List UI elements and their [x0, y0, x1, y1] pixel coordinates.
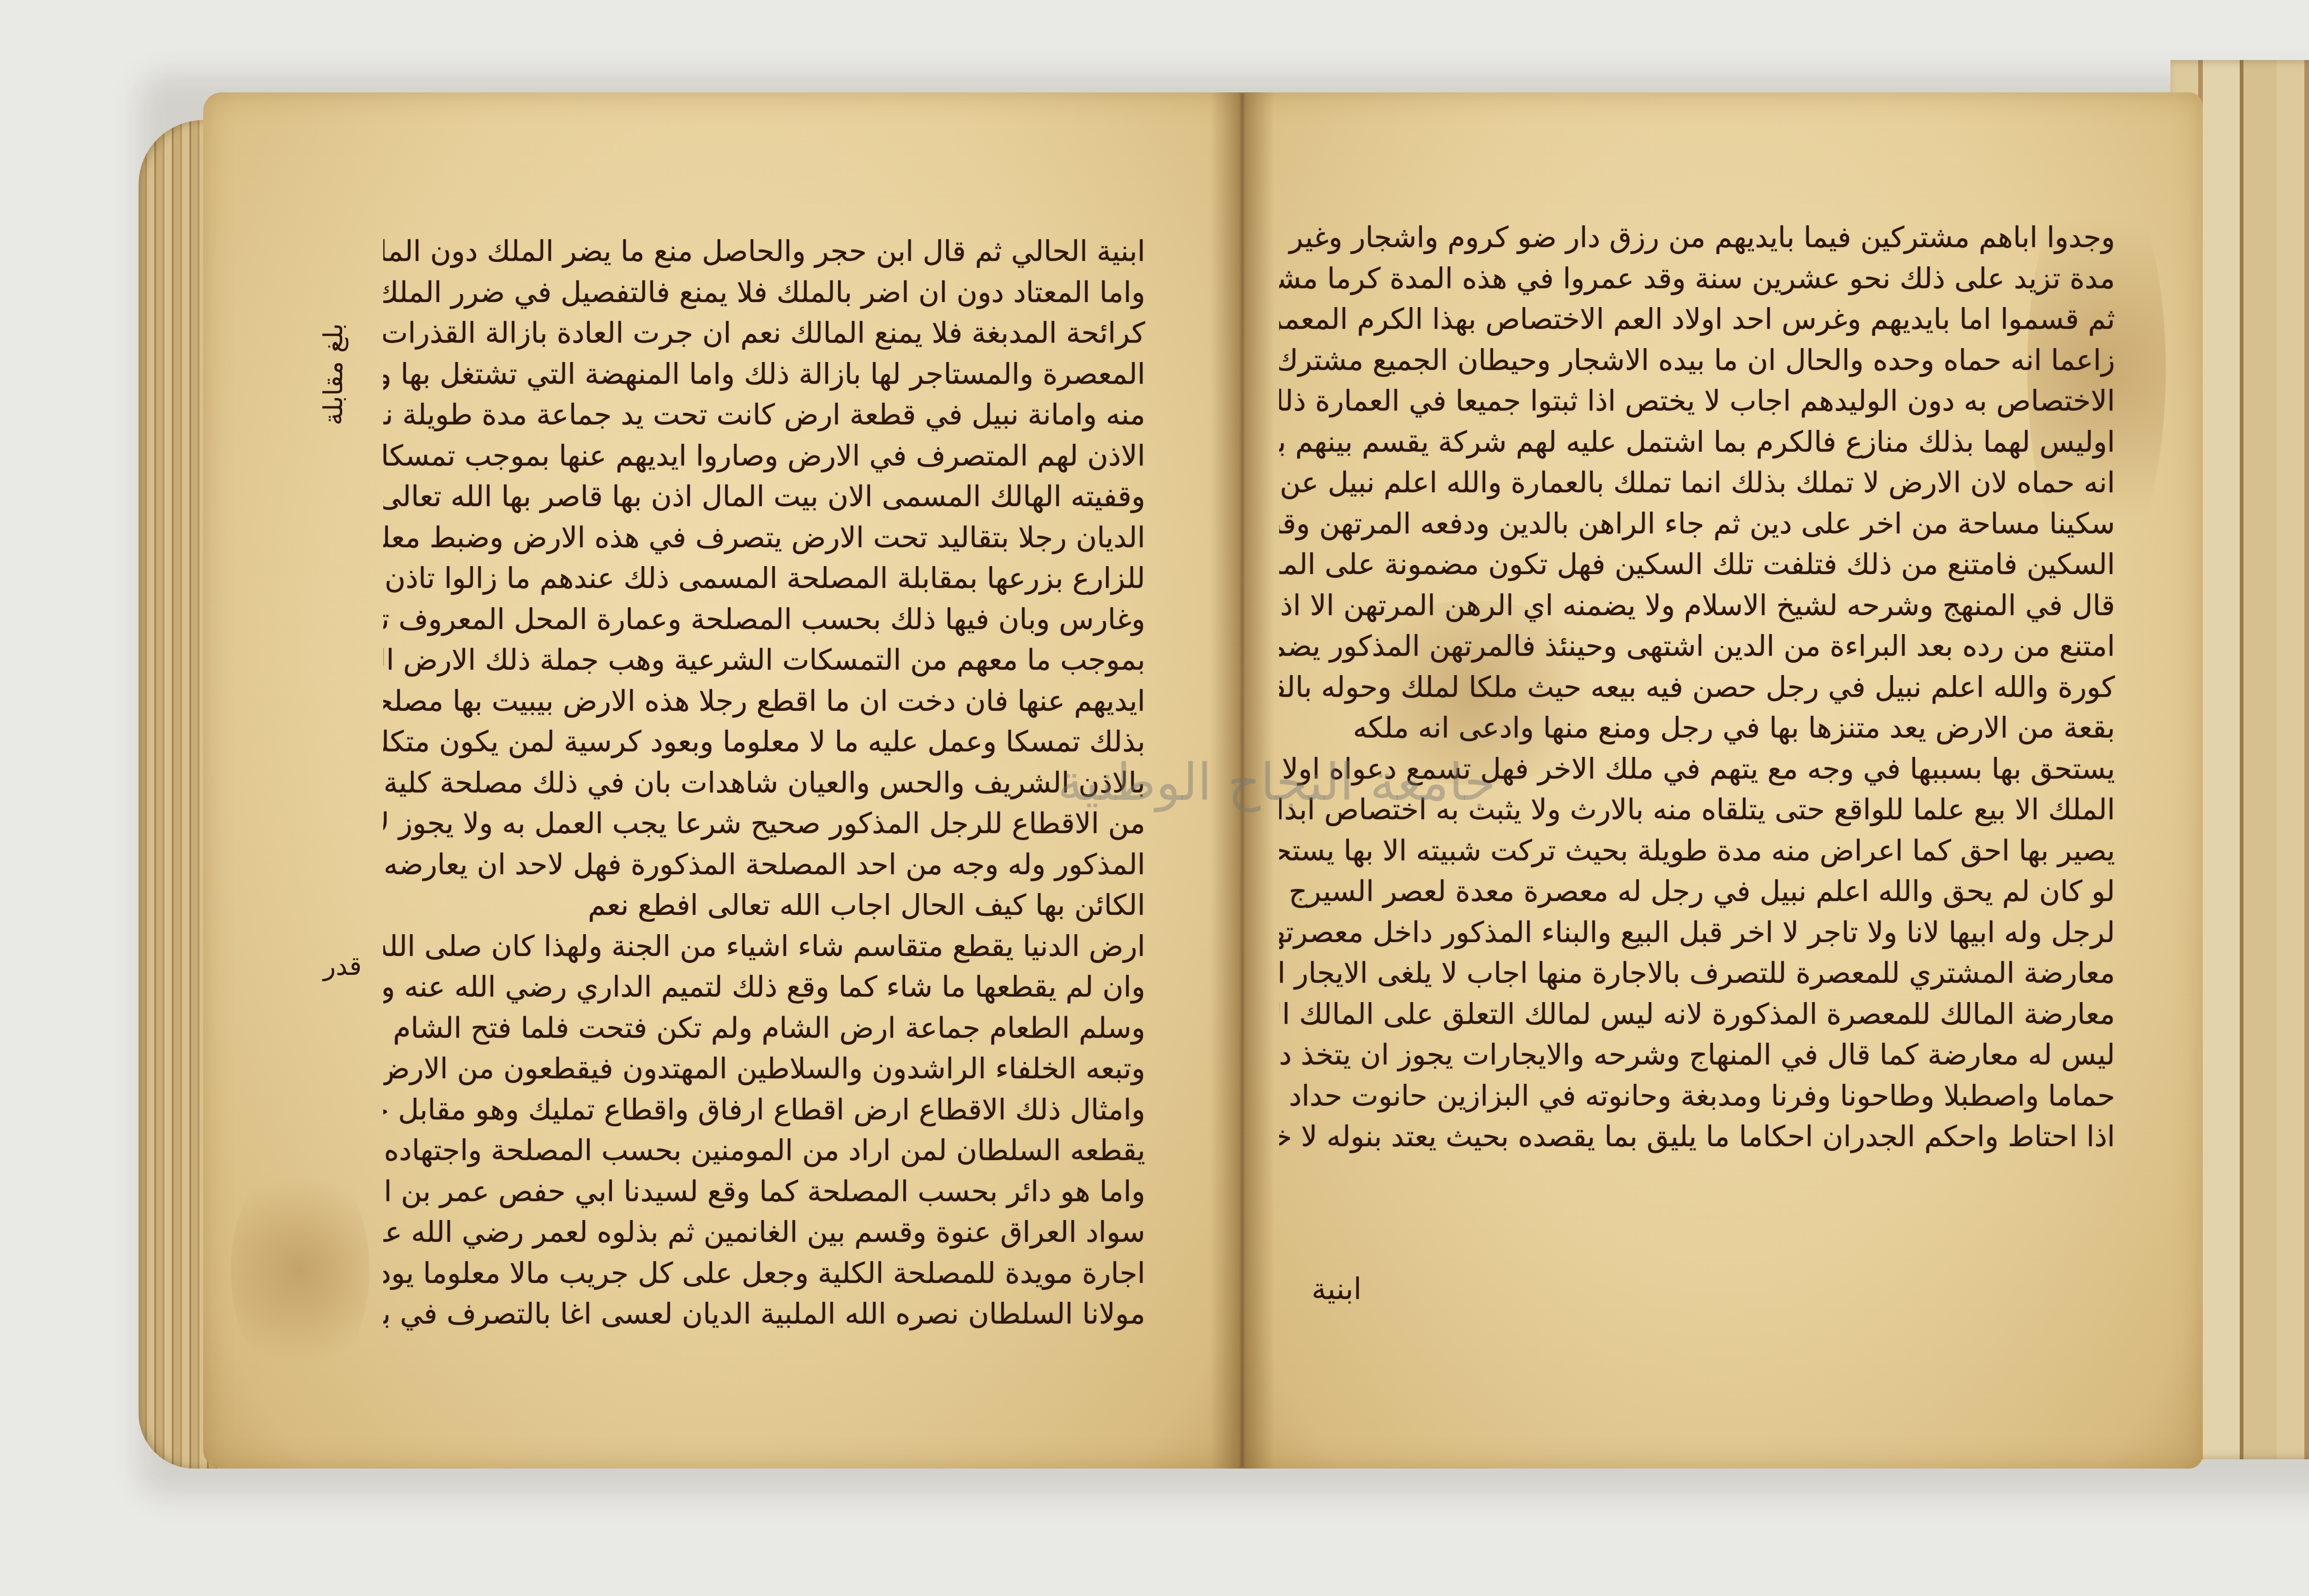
text-line: بقعة من الارض يعد متنزها بها في رجل ومنع…: [1279, 707, 2115, 749]
text-line: وجدوا اباهم مشتركين فيما بايديهم من رزق …: [1279, 217, 2115, 258]
text-line: معارضة المشتري للمعصرة للتصرف بالاجارة م…: [1279, 953, 2115, 994]
text-line: كرائحة المدبغة فلا يمنع المالك نعم ان جر…: [383, 313, 1145, 354]
text-line: وسلم الطعام جماعة ارض الشام ولم تكن فتحت…: [383, 1008, 1145, 1049]
text-line: وقفيته الهالك المسمى الان بيت المال اذن …: [383, 476, 1145, 517]
margin-note-collation: بلغ مقابلة: [319, 323, 349, 425]
text-line: انه حماه لان الارض لا تملك بذلك انما تمل…: [1279, 462, 2115, 503]
text-line: من الاقطاع للرجل المذكور صحيح شرعا يجب ا…: [383, 803, 1145, 844]
watermark-university: جامعة النجاح الوطنية: [1058, 753, 1496, 812]
text-line: لو كان لم يحق والله اعلم نبيل في رجل له …: [1279, 871, 2115, 912]
water-stain: [231, 1155, 369, 1385]
margin-note-qadr: قدر: [323, 951, 362, 981]
left-page-text: ابنية الحالي ثم قال ابن حجر والحاصل منع …: [383, 231, 1145, 1335]
text-line: لرجل وله ابيها لانا ولا تاجر لا اخر قبل …: [1279, 912, 2115, 953]
text-line: بموجب ما معهم من التمسكات الشرعية وهب جم…: [383, 640, 1145, 681]
text-line: يقطعه السلطان لمن اراد من المومنين بحسب …: [383, 1130, 1145, 1171]
text-line: الديان رجلا بتقاليد تحت الارض يتصرف في ه…: [383, 517, 1145, 558]
text-line: اوليس لهما بذلك منازع فالكرم بما اشتمل ع…: [1279, 422, 2115, 463]
text-line: اذا احتاط واحكم الجدران احكاما ما يليق ب…: [1279, 1116, 2115, 1157]
text-line: ابنية الحالي ثم قال ابن حجر والحاصل منع …: [383, 231, 1145, 272]
text-line: اجارة مويدة للمصلحة الكلية وجعل على كل ج…: [383, 1253, 1145, 1294]
text-line: ارض الدنيا يقطع متقاسم شاء اشياء من الجن…: [383, 926, 1145, 967]
text-line: مولانا السلطان نصره الله الملبية الديان …: [383, 1294, 1145, 1335]
text-line: امتنع من رده بعد البراءة من الدين اشتهى …: [1279, 626, 2115, 667]
text-line: معارضة المالك للمعصرة المذكورة لانه ليس …: [1279, 994, 2115, 1035]
text-line: منه وامانة نبيل في قطعة ارض كانت تحت يد …: [383, 394, 1145, 435]
text-line: زاعما انه حماه وحده والحال ان ما بيده ال…: [1279, 340, 2115, 381]
text-line: سواد العراق عنوة وقسم بين الغانمين ثم بذ…: [383, 1212, 1145, 1253]
text-line: بذلك تمسكا وعمل عليه ما لا معلوما وبعود …: [383, 721, 1145, 762]
text-line: واما المعتاد دون ان اضر بالملك فلا يمنع …: [383, 272, 1145, 313]
text-line: ثم قسموا اما بايديهم وغرس احد اولاد العم…: [1279, 299, 2115, 340]
text-line: يصير بها احق كما اعراض منه مدة طويلة بحي…: [1279, 830, 2115, 871]
text-line: المذكور وله وجه من احد المصلحة المذكورة …: [383, 844, 1145, 885]
text-line: قال في المنهج وشرحه لشيخ الاسلام ولا يضم…: [1279, 585, 2115, 626]
text-line: وامثال ذلك الاقطاع ارض اقطاع ارفاق واقطا…: [383, 1089, 1145, 1130]
right-page-text: وجدوا اباهم مشتركين فيما بايديهم من رزق …: [1279, 217, 2115, 1157]
text-line: الكائن بها كيف الحال اجاب الله تعالى افط…: [383, 885, 1145, 926]
text-line: للزارع بزرعها بمقابلة المصلحة المسمى ذلك…: [383, 558, 1145, 599]
text-line: وان لم يقطعها ما شاء كما وقع ذلك لتميم ا…: [383, 967, 1145, 1008]
text-line: كورة والله اعلم نبيل في رجل حصن فيه بيعه…: [1279, 667, 2115, 708]
text-line: مدة تزيد على ذلك نحو عشرين سنة وقد عمروا…: [1279, 258, 2115, 299]
text-line: ايديهم عنها فان دخت ان ما اقطع رجلا هذه …: [383, 681, 1145, 722]
text-line: واما هو دائر بحسب المصلحة كما وقع لسيدنا…: [383, 1171, 1145, 1212]
text-line: السكين فامتنع من ذلك فتلفت تلك السكين فه…: [1279, 544, 2115, 585]
text-line: الاختصاص به دون الوليدهم اجاب لا يختص اذ…: [1279, 381, 2115, 422]
text-line: سكينا مساحة من اخر على دين ثم جاء الراهن…: [1279, 503, 2115, 544]
text-line: حماما واصطبلا وطاحونا وفرنا ومدبغة وحانو…: [1279, 1076, 2115, 1117]
text-line: الاذن لهم المتصرف في الارض وصاروا ايديهم…: [383, 435, 1145, 477]
text-line: ليس له معارضة كما قال في المنهاج وشرحه و…: [1279, 1034, 2115, 1076]
text-line: المعصرة والمستاجر لها بازالة ذلك واما ال…: [383, 354, 1145, 395]
text-line: بالاذن الشريف والحس والعيان شاهدات بان ف…: [383, 762, 1145, 804]
text-line: وغارس وبان فيها ذلك بحسب المصلحة وعمارة …: [383, 599, 1145, 640]
text-line: وتبعه الخلفاء الراشدون والسلاطين المهتدو…: [383, 1048, 1145, 1089]
catchword: ابنية: [1312, 1272, 1362, 1306]
